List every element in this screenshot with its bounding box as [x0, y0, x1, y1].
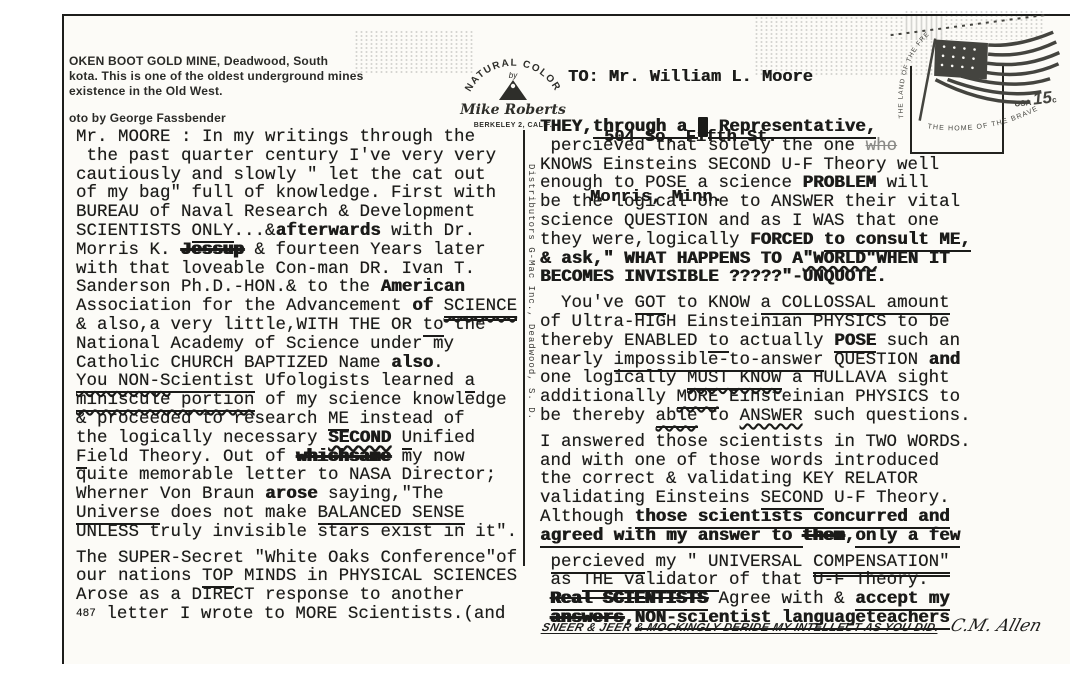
typed-line: as THE validator of that U-F Theory. — [540, 571, 1068, 590]
typed-segment: QUESTION — [824, 350, 929, 370]
typed-line: be the logical one to ANSWER their vital — [540, 193, 1068, 212]
typed-segment: actually — [729, 331, 834, 351]
typed-segment: BUREAU of Naval Research & Development — [76, 202, 475, 222]
typed-segment: my now — [391, 447, 465, 467]
typed-line: science QUESTION and as I WAS that one — [540, 212, 1068, 231]
typed-line: miniscule portion of my science knowledg… — [76, 391, 528, 410]
typed-line: validating Einsteins SECOND U-F Theory. — [540, 489, 1068, 508]
typed-line: I answered those scientists in TWO WORDS… — [540, 433, 1068, 452]
typed-line: thereby ENABLED to actually POSE such an — [540, 332, 1068, 351]
typed-line: 487 letter I wrote to MORE Scientists.(a… — [76, 605, 528, 624]
typed-segment: enough to POSE a science — [540, 173, 803, 193]
typed-segment: You've — [540, 293, 635, 313]
typed-segment: one logically — [540, 368, 687, 388]
paragraph: The SUPER-Secret "White Oaks Conference"… — [76, 549, 528, 624]
paragraph: THEY,through a X Representative, perciev… — [540, 118, 1068, 287]
typed-segment: 487 — [76, 608, 96, 620]
typed-segment: be thereby — [540, 406, 656, 426]
typed-segment: The SUPER-Secret "White Oaks Conference"… — [76, 548, 517, 568]
typed-segment: American — [381, 277, 465, 297]
typed-segment: and — [929, 350, 961, 370]
postcard: OKEN BOOT GOLD MINE, Deadwood, South kot… — [62, 14, 1070, 664]
left-message-column: Mr. MOORE : In my writings through the t… — [76, 128, 528, 631]
typed-line: Sanderson Ph.D.-HON.& to the American — [76, 278, 528, 297]
typed-segment: does not make — [160, 503, 318, 523]
typed-segment: MINDS in PHYSICAL SCIENCES — [234, 566, 518, 586]
typed-line: percieved my " UNIVERSAL COMPENSATION" — [540, 553, 1068, 572]
typed-segment: KNOWS Einsteins SECOND U-F Theory well — [540, 155, 939, 175]
typed-segment: , — [845, 526, 856, 546]
typed-segment: Ufologists learned — [255, 371, 465, 391]
typed-segment: ANSWER — [740, 406, 803, 426]
typed-segment: of — [412, 296, 433, 316]
typed-segment: of that U-F Theory. — [719, 570, 929, 590]
typed-line: Field Theory. Out of whichsame my now — [76, 448, 528, 467]
typed-line: UNLESS truly invisible stars exist in it… — [76, 523, 528, 542]
typed-line: KNOWS Einsteins SECOND U-F Theory well — [540, 156, 1068, 175]
typed-segment: thereby ENABLED — [540, 331, 708, 351]
typed-segment: they were,logically — [540, 230, 750, 250]
typed-segment: X — [698, 117, 709, 137]
typed-line: the correct & validating KEY RELATOR — [540, 470, 1068, 489]
typed-segment — [540, 589, 551, 609]
typed-segment: of my bag" full of knowledge. First with — [76, 183, 496, 203]
typed-line: THEY,through a X Representative, — [540, 118, 1068, 137]
typed-line: and with one of those words introduced — [540, 452, 1068, 471]
typed-segment: & also,a very little,WITH THE OR — [76, 315, 423, 335]
typed-segment: Morris K. — [76, 240, 181, 260]
typed-segment: SECOND — [328, 428, 391, 448]
typed-line: the past quarter century I've very very — [76, 147, 528, 166]
photo-credit: oto by George Fassbender — [69, 111, 379, 126]
typed-segment: Association for the Advancement — [76, 296, 412, 316]
typed-line: with that loveable Con-man DR. Ivan T. — [76, 260, 528, 279]
typed-segment: ield Theory. Out of — [87, 447, 297, 467]
typed-segment: with Dr. — [381, 221, 476, 241]
paragraph: You've GOT to KNOW a COLLOSSAL amountof … — [540, 294, 1068, 426]
typed-line: You NON-Scientist Ufologists learned a — [76, 372, 528, 391]
typed-segment: agreed with my answer to — [540, 526, 803, 548]
typed-segment: quite memorable letter to NASA Director; — [76, 465, 496, 485]
typed-segment: such an — [876, 331, 960, 351]
typed-segment: who — [866, 136, 898, 156]
typed-segment: Jessup — [181, 240, 244, 260]
typed-segment: FORCED — [750, 230, 813, 250]
typed-segment: additionally — [540, 387, 677, 407]
typed-segment: Wherner Von Braun — [76, 484, 265, 504]
svg-text:by: by — [509, 71, 518, 80]
signature: C.M. Allen — [948, 616, 1044, 636]
typed-segment: the logically necessary — [76, 428, 328, 448]
typed-line: percieved that solely the one who — [540, 137, 1068, 156]
typed-segment: UNLESS truly invisible stars exist in it… — [76, 522, 517, 542]
typed-segment: & fourteen Years later — [244, 240, 486, 260]
typed-segment: of Ultra-HIGH Einsteinian PHYSICS to be — [540, 312, 950, 332]
paragraph: I answered those scientists in TWO WORDS… — [540, 433, 1068, 546]
typed-segment: cautiously and slowly " let the cat out — [76, 165, 486, 185]
typed-segment: I answered those scientists in TWO WORDS… — [540, 432, 971, 452]
typed-line: The SUPER-Secret "White Oaks Conference"… — [76, 549, 528, 568]
typed-segment: our nations — [76, 566, 202, 586]
typed-segment: the — [444, 315, 486, 335]
typed-line: You've GOT to KNOW a COLLOSSAL amount — [540, 294, 1068, 313]
typed-segment: letter I wrote to MORE Scientists.(and — [96, 604, 506, 624]
typed-segment: instead of — [349, 409, 465, 429]
typed-line: the logically necessary SECOND Unified — [76, 429, 528, 448]
typed-line: Wherner Von Braun arose saying,"The — [76, 485, 528, 504]
typed-segment: also — [391, 353, 433, 373]
typed-segment: validating Einsteins — [540, 488, 761, 508]
photo-caption: OKEN BOOT GOLD MINE, Deadwood, South kot… — [69, 54, 379, 126]
typed-segment — [813, 230, 824, 250]
typed-line: National Academy of Science under my — [76, 335, 528, 354]
typed-segment: . — [433, 353, 444, 373]
typed-segment: Mr. MOORE : In my writings through the — [76, 127, 475, 147]
typed-segment: saying,"The — [318, 484, 444, 504]
typed-line: Real SCIENTISTS Agree with & accept my — [540, 590, 1068, 609]
svg-text:USA15c: USA15c — [1013, 87, 1058, 110]
typed-segment: nified — [412, 428, 475, 448]
typed-segment: only a few — [855, 526, 960, 548]
typed-segment: THEY, — [540, 117, 593, 137]
typed-line: & ask," WHAT HAPPENS TO A"WORLD"WHEN IT — [540, 250, 1068, 269]
typed-segment: Agree with & — [708, 589, 855, 609]
typed-line: be thereby able to ANSWER such questions… — [540, 407, 1068, 426]
typed-segment: the correct & validating KEY RELATOR — [540, 469, 918, 489]
typed-segment: a HULLAVA sight — [782, 368, 950, 388]
typed-segment: Catholic CHURCH BAPTIZED Name — [76, 353, 391, 373]
typed-segment: Sanderson Ph.D.-HON.& to the — [76, 277, 381, 297]
typed-segment: WHEN IT — [876, 249, 950, 269]
typed-segment: National Academy of Science under my — [76, 334, 454, 354]
typed-line: nearly impossible-to-answer QUESTION and — [540, 351, 1068, 370]
typed-segment: able — [656, 406, 698, 428]
typed-segment: be the logical one to ANSWER their vital — [540, 192, 960, 212]
typed-segment: my " UNIVERSAL — [645, 552, 813, 572]
typed-line: cautiously and slowly " let the cat out — [76, 166, 528, 185]
typed-segment: percieved that solely the one — [540, 136, 866, 156]
typed-segment: to KNOW — [666, 293, 761, 313]
typed-segment: ...& — [234, 221, 276, 241]
typed-segment: BECOMES INVISIBLE ?????"-UNQUOTE. — [540, 267, 887, 287]
typed-line: Catholic CHURCH BAPTIZED Name also. — [76, 354, 528, 373]
typed-line: enough to POSE a science PROBLEM will — [540, 174, 1068, 193]
typed-line: BUREAU of Naval Research & Development — [76, 203, 528, 222]
typed-segment: & ask," WHAT HAPPENS TO A — [540, 249, 803, 269]
typed-segment: afterwards — [276, 221, 381, 241]
caption-line: kota. This is one of the oldest undergro… — [69, 69, 379, 84]
caption-line: existence in the Old West. — [69, 84, 379, 99]
typed-segment: nearly — [540, 350, 614, 370]
typed-line: additionally MORE Einsteinian PHYSICS to — [540, 388, 1068, 407]
typed-line: of Ultra-HIGH Einsteinian PHYSICS to be — [540, 313, 1068, 332]
typed-segment: "WORLD" — [803, 249, 877, 269]
typed-line: & proceeded to research ME instead of — [76, 410, 528, 429]
handwritten-annotation: SNEER & JEER & MOCKINGLY DERIDE MY INTEL… — [542, 616, 1062, 636]
typed-segment: will — [876, 173, 929, 193]
typed-segment: Arose as a DIRECT response to another — [76, 585, 465, 605]
typed-line: Although those scientists concurred and — [540, 508, 1068, 527]
typed-line: & also,a very little,WITH THE OR to the — [76, 316, 528, 335]
typed-line: agreed with my answer to them,only a few — [540, 527, 1068, 546]
typed-segment: SCIENTISTS — [76, 221, 192, 241]
address-line: TO: Mr. William L. Moore — [568, 68, 813, 88]
handwritten-note: SNEER & JEER & MOCKINGLY DERIDE MY INTEL… — [541, 622, 941, 634]
typed-line: Mr. MOORE : In my writings through the — [76, 128, 528, 147]
typed-segment: Although — [540, 507, 635, 527]
typed-segment: & proceeded to research — [76, 409, 328, 429]
typed-line: they were,logically FORCED to consult ME… — [540, 231, 1068, 250]
typed-line: quite memorable letter to NASA Director; — [76, 466, 528, 485]
typed-segment: U-F Theory. — [824, 488, 950, 508]
typed-line: of my bag" full of knowledge. First with — [76, 184, 528, 203]
typed-line: Association for the Advancement of SCIEN… — [76, 297, 528, 316]
typed-line: our nations TOP MINDS in PHYSICAL SCIENC… — [76, 567, 528, 586]
typed-segment: such questions. — [803, 406, 971, 426]
typed-segment: Einsteinian PHYSICS to — [719, 387, 961, 407]
typed-segment: arose — [265, 484, 318, 504]
typed-segment — [391, 428, 402, 448]
typed-segment: science QUESTION and as I WAS that one — [540, 211, 939, 231]
typed-segment — [540, 552, 551, 572]
typed-line: Arose as a DIRECT response to another — [76, 586, 528, 605]
paragraph: Mr. MOORE : In my writings through the t… — [76, 128, 528, 542]
typed-segment — [433, 296, 444, 316]
caption-line: OKEN BOOT GOLD MINE, Deadwood, South — [69, 54, 379, 69]
typed-line: Universe does not make BALANCED SENSE — [76, 504, 528, 523]
typed-line: SCIENTISTS ONLY...&afterwards with Dr. — [76, 222, 528, 241]
svg-text:Mike Roberts: Mike Roberts — [459, 102, 566, 118]
typed-line: BECOMES INVISIBLE ?????"-UNQUOTE. — [540, 268, 1068, 287]
typed-segment: the past quarter century I've very very — [76, 146, 496, 166]
typed-segment: and with one of those words introduced — [540, 451, 939, 471]
right-message-column: THEY,through a X Representative, perciev… — [540, 118, 1068, 635]
typed-segment: PROBLEM — [803, 173, 877, 193]
typed-segment: of my science knowledge — [255, 390, 507, 410]
typed-segment: to — [698, 406, 740, 426]
typed-segment: them — [803, 526, 845, 546]
scanned-postcard-page: OKEN BOOT GOLD MINE, Deadwood, South kot… — [0, 0, 1080, 675]
typed-segment: as — [540, 570, 582, 590]
mountain-icon — [499, 80, 527, 100]
typed-segment: with that loveable Con-man DR. Ivan T. — [76, 259, 475, 279]
typed-line: one logically MUST KNOW a HULLAVA sight — [540, 369, 1068, 388]
typed-line: Morris K. Jessup & fourteen Years later — [76, 241, 528, 260]
typed-segment: whichsame — [297, 447, 392, 467]
